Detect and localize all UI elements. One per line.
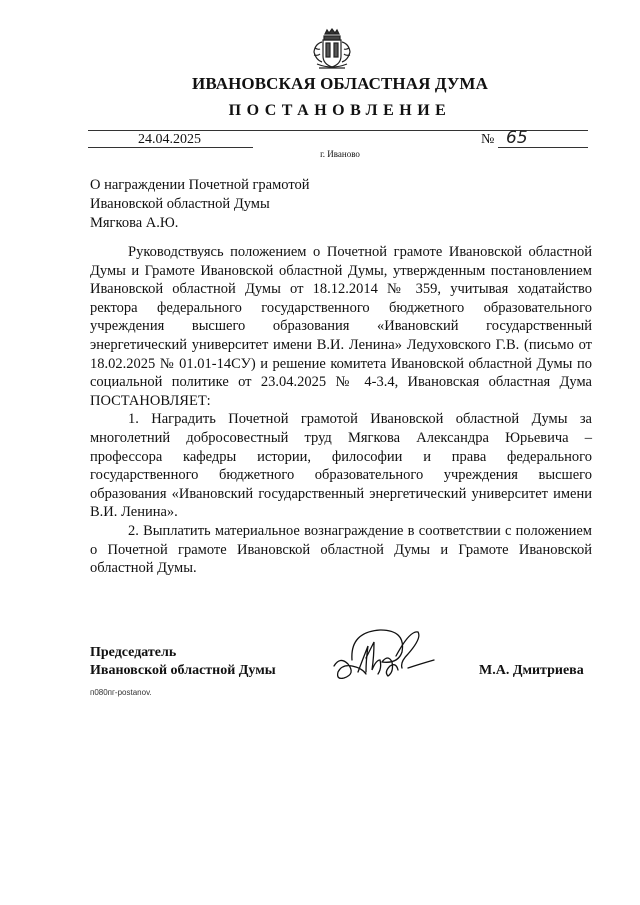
signatory-name: М.А. Дмитриева: [479, 662, 584, 680]
resolution-item-2: 2. Выплатить материальное вознаграждение…: [90, 522, 592, 578]
document-date: 24.04.2025: [138, 132, 201, 147]
city-label: г. Иваново: [0, 149, 640, 159]
document-number: 65: [506, 129, 528, 147]
subject-line: О награждении Почетной грамотой: [90, 176, 310, 195]
resolution-item-1: 1. Наградить Почетной грамотой Ивановско…: [90, 410, 592, 522]
document-subject: О награждении Почетной грамотой Ивановск…: [90, 176, 310, 233]
organization-title: ИВАНОВСКАЯ ОБЛАСТНАЯ ДУМА: [0, 74, 640, 94]
coat-of-arms-icon: [311, 28, 353, 72]
number-label: №: [481, 132, 494, 147]
date-field: 24.04.2025: [88, 132, 253, 148]
document-body: Руководствуясь положением о Почетной гра…: [90, 243, 592, 578]
file-reference: п080пг-postanov.: [90, 688, 152, 697]
preamble-paragraph: Руководствуясь положением о Почетной гра…: [90, 243, 592, 410]
signatory-role: Председатель Ивановской областной Думы: [90, 644, 276, 680]
number-field: 65: [498, 132, 588, 148]
handwritten-signature-icon: [330, 622, 440, 684]
document-type-title: ПОСТАНОВЛЕНИЕ: [0, 102, 640, 120]
signatory-role-line: Председатель: [90, 644, 276, 662]
subject-line: Ивановской областной Думы: [90, 195, 310, 214]
signatory-role-line: Ивановской областной Думы: [90, 662, 276, 680]
document-page: ИВАНОВСКАЯ ОБЛАСТНАЯ ДУМА ПОСТАНОВЛЕНИЕ …: [0, 0, 640, 905]
subject-line: Мягкова А.Ю.: [90, 214, 310, 233]
